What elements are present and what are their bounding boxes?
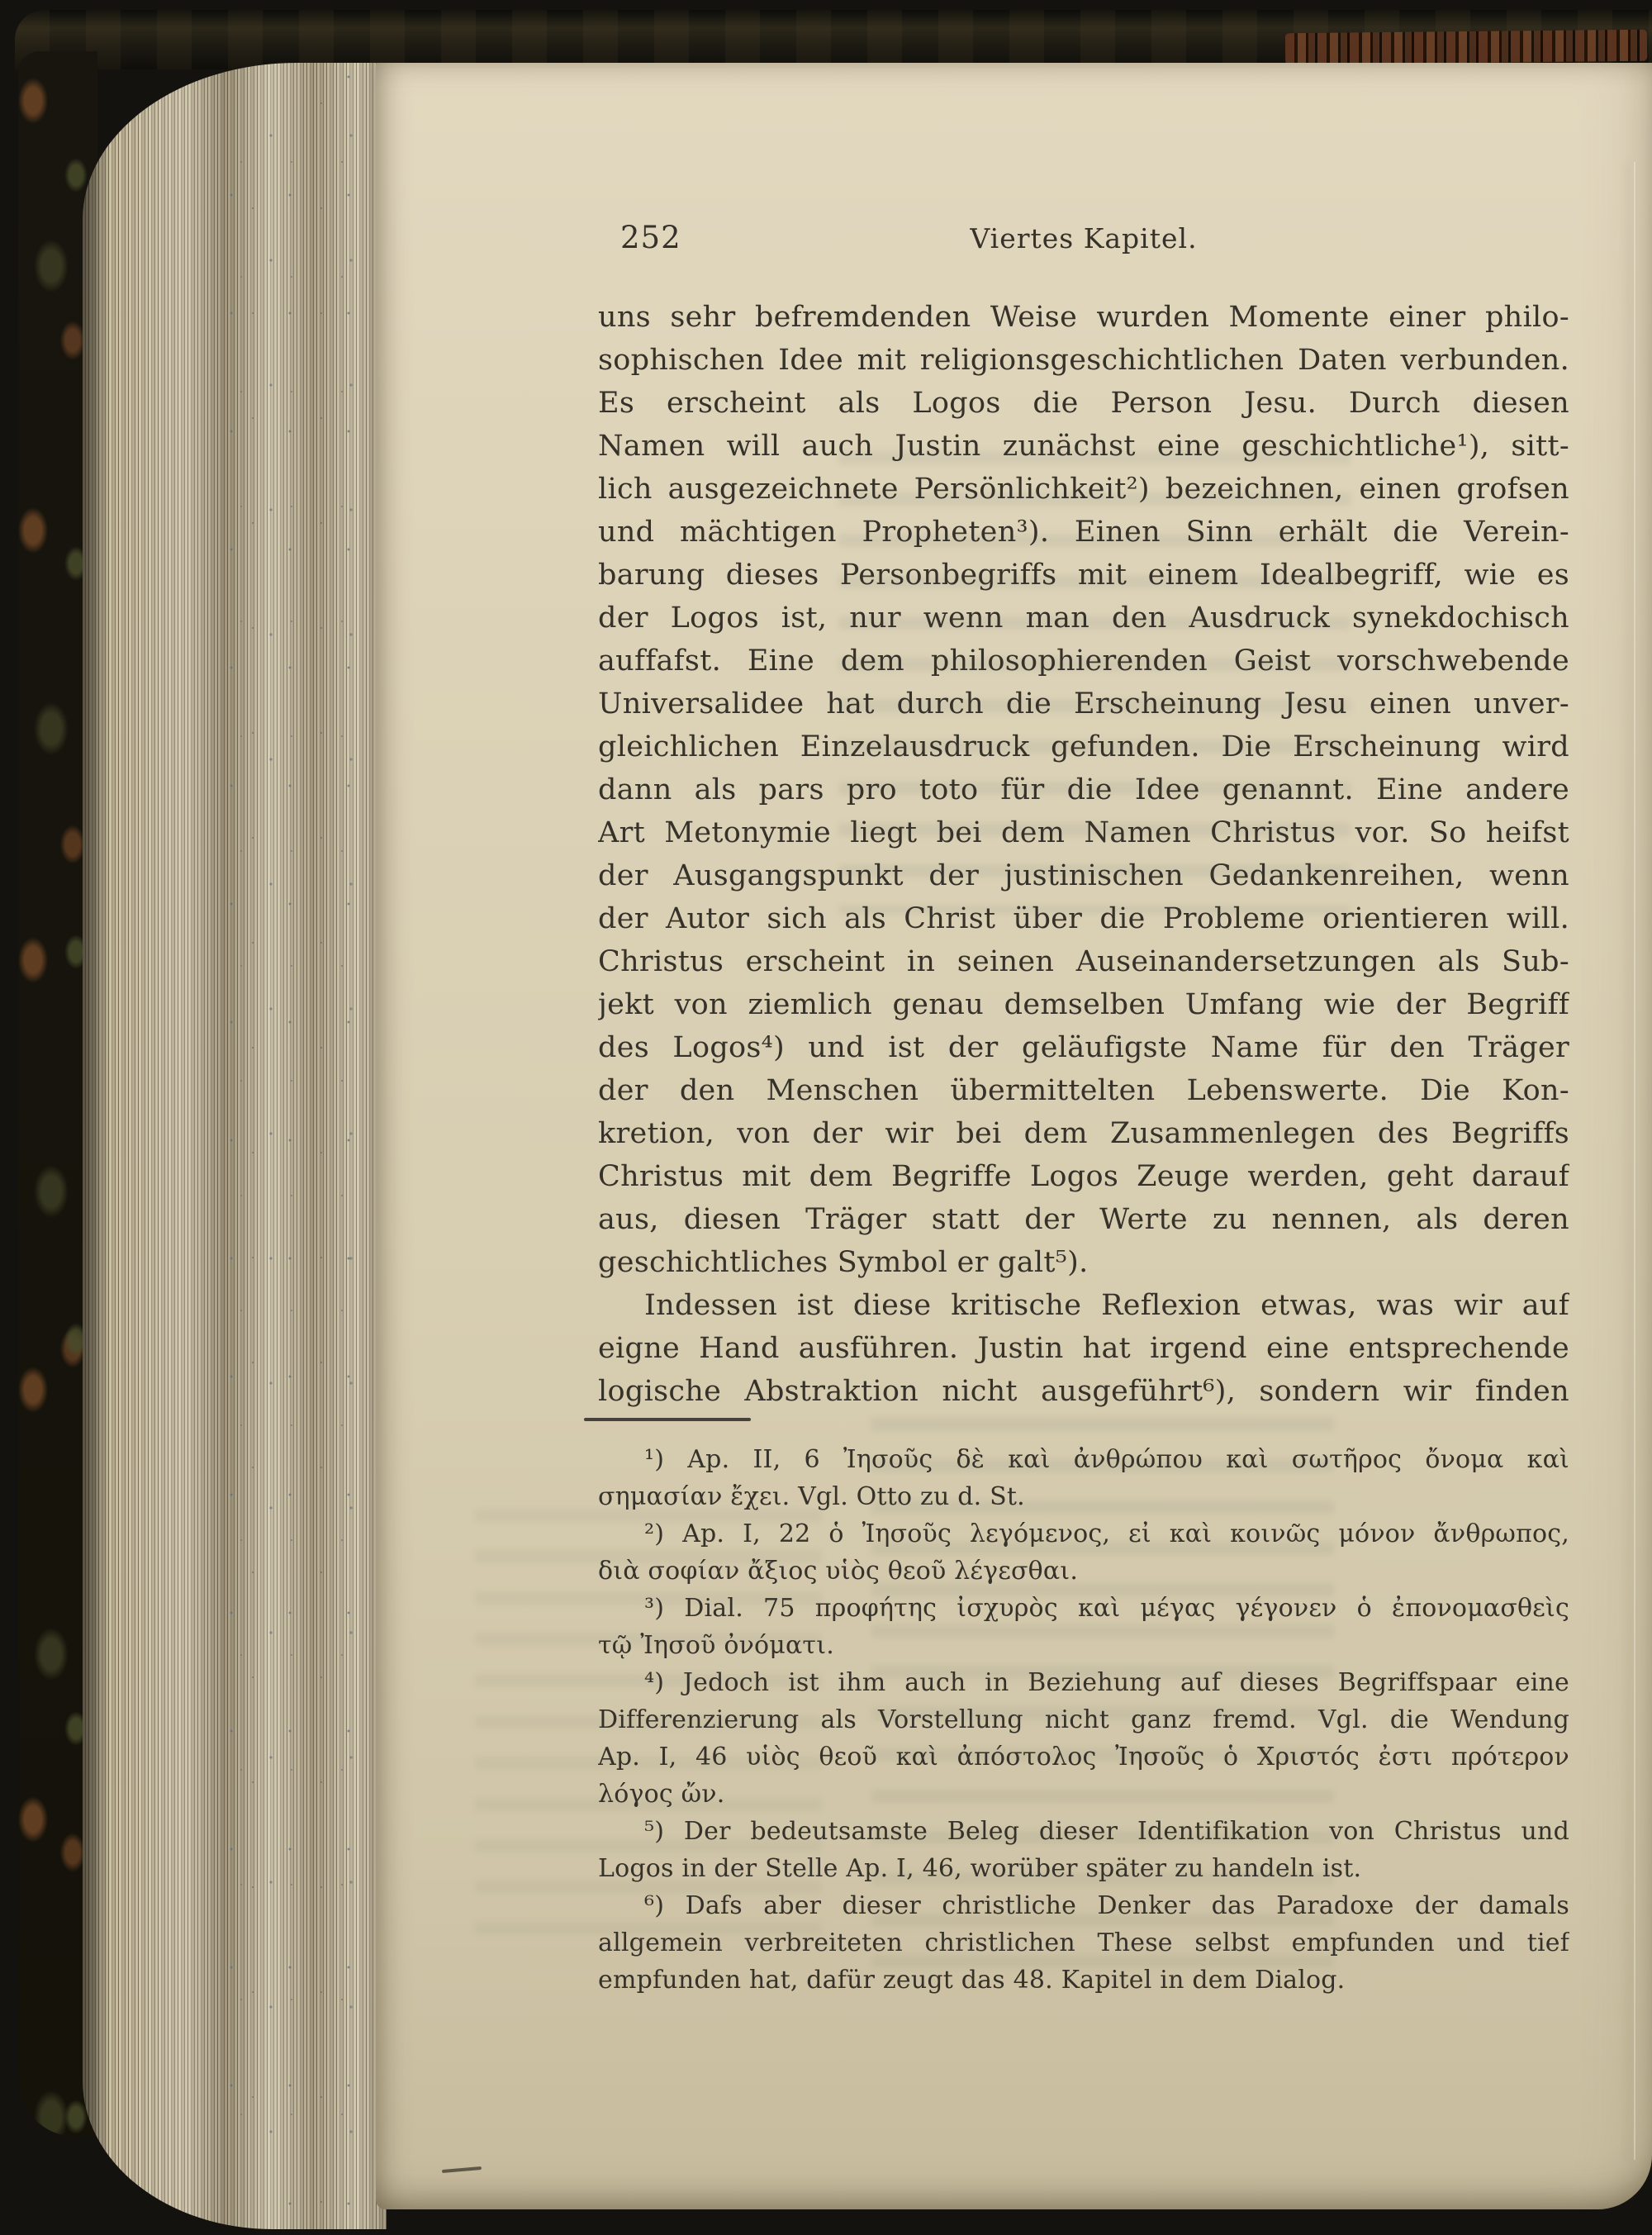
speckled-page-edges: [222, 63, 387, 2229]
text-line: Es erscheint als Logos die Person Jesu. …: [598, 382, 1569, 425]
footnote-separator-rule: [584, 1418, 751, 1421]
text-line: διὰ σοφίαν ἄξιος υἱὸς θεοῦ λέγεσθαι.: [598, 1553, 1569, 1590]
paragraph: uns sehr befremdenden Weise wurden Momen…: [598, 296, 1569, 1284]
text-line: Art Metonymie liegt bei dem Namen Christ…: [598, 811, 1569, 854]
text-line: der Ausgangspunkt der justinischen Gedan…: [598, 854, 1569, 897]
book-scan: 252 Viertes Kapitel. uns sehr befremdend…: [0, 0, 1652, 2235]
text-line: auffafst. Eine dem philosophierenden Gei…: [598, 640, 1569, 682]
paragraph: Indessen ist diese kritische Reflexion e…: [598, 1284, 1569, 1413]
footnote: ⁶) Dafs aber dieser christliche Denker d…: [598, 1887, 1569, 1999]
text-line: barung dieses Personbegriffs mit einem I…: [598, 554, 1569, 597]
text-line: Universalidee hat durch die Erscheinung …: [598, 682, 1569, 725]
page-number: 252: [620, 220, 681, 255]
text-line: ³) Dial. 75 προφήτης ἰσχυρὸς καὶ μέγας γ…: [598, 1590, 1569, 1627]
footnote: ³) Dial. 75 προφήτης ἰσχυρὸς καὶ μέγας γ…: [598, 1590, 1569, 1664]
text-line: und mächtigen Propheten³). Einen Sinn er…: [598, 511, 1569, 554]
text-line: jekt von ziemlich genau demselben Umfang…: [598, 983, 1569, 1026]
text-line: Differenzierung als Vorstellung nicht ga…: [598, 1701, 1569, 1738]
text-line: ¹) Ap. II, 6 Ἰησοῦς δὲ καὶ ἀνθρώπου καὶ …: [598, 1441, 1569, 1478]
running-header: 252 Viertes Kapitel.: [598, 220, 1569, 263]
gutter-edge-highlight: [1634, 162, 1635, 2160]
text-line: ²) Ap. I, 22 ὁ Ἰησοῦς λεγόμενος, εἰ καὶ …: [598, 1515, 1569, 1553]
body-text: uns sehr befremdenden Weise wurden Momen…: [598, 296, 1569, 1413]
text-line: eigne Hand ausführen. Justin hat irgend …: [598, 1327, 1569, 1370]
text-line: empfunden hat, dafür zeugt das 48. Kapit…: [598, 1962, 1569, 1999]
text-line: des Logos⁴) und ist der geläufigste Name…: [598, 1026, 1569, 1069]
footnote: ⁵) Der bedeutsamste Beleg dieser Identif…: [598, 1813, 1569, 1887]
text-line: Christus erscheint in seinen Auseinander…: [598, 940, 1569, 983]
text-line: lich ausgezeichnete Persönlichkeit²) bez…: [598, 468, 1569, 511]
text-line: dann als pars pro toto für die Idee gena…: [598, 768, 1569, 811]
text-line: allgemein verbreiteten christlichen Thes…: [598, 1924, 1569, 1962]
text-line: ⁴) Jedoch ist ihm auch in Beziehung auf …: [598, 1664, 1569, 1701]
page-stack-fore-edge: [83, 63, 387, 2229]
chapter-title: Viertes Kapitel.: [598, 220, 1569, 254]
text-line: λόγος ὤν.: [598, 1776, 1569, 1813]
text-line: der Logos ist, nur wenn man den Ausdruck…: [598, 597, 1569, 640]
text-line: Indessen ist diese kritische Reflexion e…: [598, 1284, 1569, 1327]
text-line: sophischen Idee mit religionsgeschichtli…: [598, 339, 1569, 382]
text-line: logische Abstraktion nicht ausgeführt⁶),…: [598, 1370, 1569, 1413]
text-line: geschichtliches Symbol er galt⁵).: [598, 1241, 1569, 1284]
book-top-page-edges: [1285, 30, 1647, 65]
text-line: Logos in der Stelle Ap. I, 46, worüber s…: [598, 1850, 1569, 1887]
footnote: ⁴) Jedoch ist ihm auch in Beziehung auf …: [598, 1664, 1569, 1813]
book-page: 252 Viertes Kapitel. uns sehr befremdend…: [376, 63, 1652, 2209]
text-line: Namen will auch Justin zunächst eine ges…: [598, 425, 1569, 468]
text-line: aus, diesen Träger statt der Werte zu ne…: [598, 1198, 1569, 1241]
text-line: gleichlichen Einzelausdruck gefunden. Di…: [598, 725, 1569, 768]
text-line: Christus mit dem Begriffe Logos Zeuge we…: [598, 1155, 1569, 1198]
text-line: der den Menschen übermittelten Lebenswer…: [598, 1069, 1569, 1112]
text-line: uns sehr befremdenden Weise wurden Momen…: [598, 296, 1569, 339]
footnote: ¹) Ap. II, 6 Ἰησοῦς δὲ καὶ ἀνθρώπου καὶ …: [598, 1441, 1569, 1515]
text-line: Ap. I, 46 υἱὸς θεοῦ καὶ ἀπόστολος Ἰησοῦς…: [598, 1738, 1569, 1776]
page-blemish-mark: [442, 2166, 482, 2173]
text-line: ⁶) Dafs aber dieser christliche Denker d…: [598, 1887, 1569, 1924]
text-line: σημασίαν ἔχει. Vgl. Otto zu d. St.: [598, 1478, 1569, 1515]
footnotes: ¹) Ap. II, 6 Ἰησοῦς δὲ καὶ ἀνθρώπου καὶ …: [598, 1441, 1569, 1999]
text-line: ⁵) Der bedeutsamste Beleg dieser Identif…: [598, 1813, 1569, 1850]
text-line: der Autor sich als Christ über die Probl…: [598, 897, 1569, 940]
text-line: kretion, von der wir bei dem Zusammenleg…: [598, 1112, 1569, 1155]
text-line: τῷ Ἰησοῦ ὀνόματι.: [598, 1627, 1569, 1664]
book-cover-top-edge: [15, 10, 1652, 69]
footnote: ²) Ap. I, 22 ὁ Ἰησοῦς λεγόμενος, εἰ καὶ …: [598, 1515, 1569, 1590]
